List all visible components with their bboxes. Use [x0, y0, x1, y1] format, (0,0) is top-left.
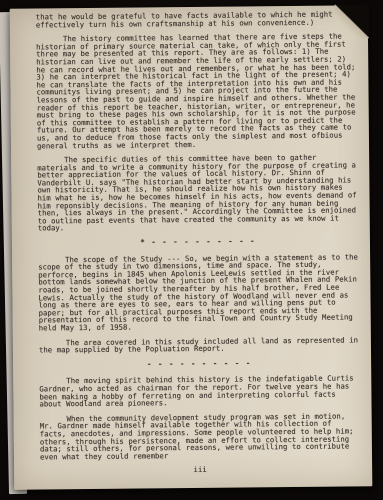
paragraph-continuation: that he would be grateful to have facts … [36, 10, 356, 28]
separator-dashes: - - - - - - - - - - [39, 358, 359, 369]
page-content: that he would be grateful to have facts … [36, 10, 361, 485]
page-number: iii [40, 465, 360, 476]
paragraph-area-covered: The area covered in this study included … [39, 336, 359, 354]
paragraph-moving-spirit: The moving spirit behind this history is… [39, 375, 359, 408]
paragraph-scope-of-study: The scope of the Study --- So, we begin … [38, 253, 359, 332]
paragraph-specific-duties: The specific duties of this committee ha… [37, 153, 358, 232]
paragraph-five-steps: The history committee has learned that t… [36, 33, 357, 150]
paragraph-community-program: When the community development study pro… [40, 412, 360, 461]
separator-asterisk-dashes: * - - - - - - - - - - [38, 236, 358, 247]
document-page: that he would be grateful to have facts … [10, 5, 373, 489]
photo-of-document: { "colors": { "background": "#0d0a08", "… [0, 0, 383, 500]
